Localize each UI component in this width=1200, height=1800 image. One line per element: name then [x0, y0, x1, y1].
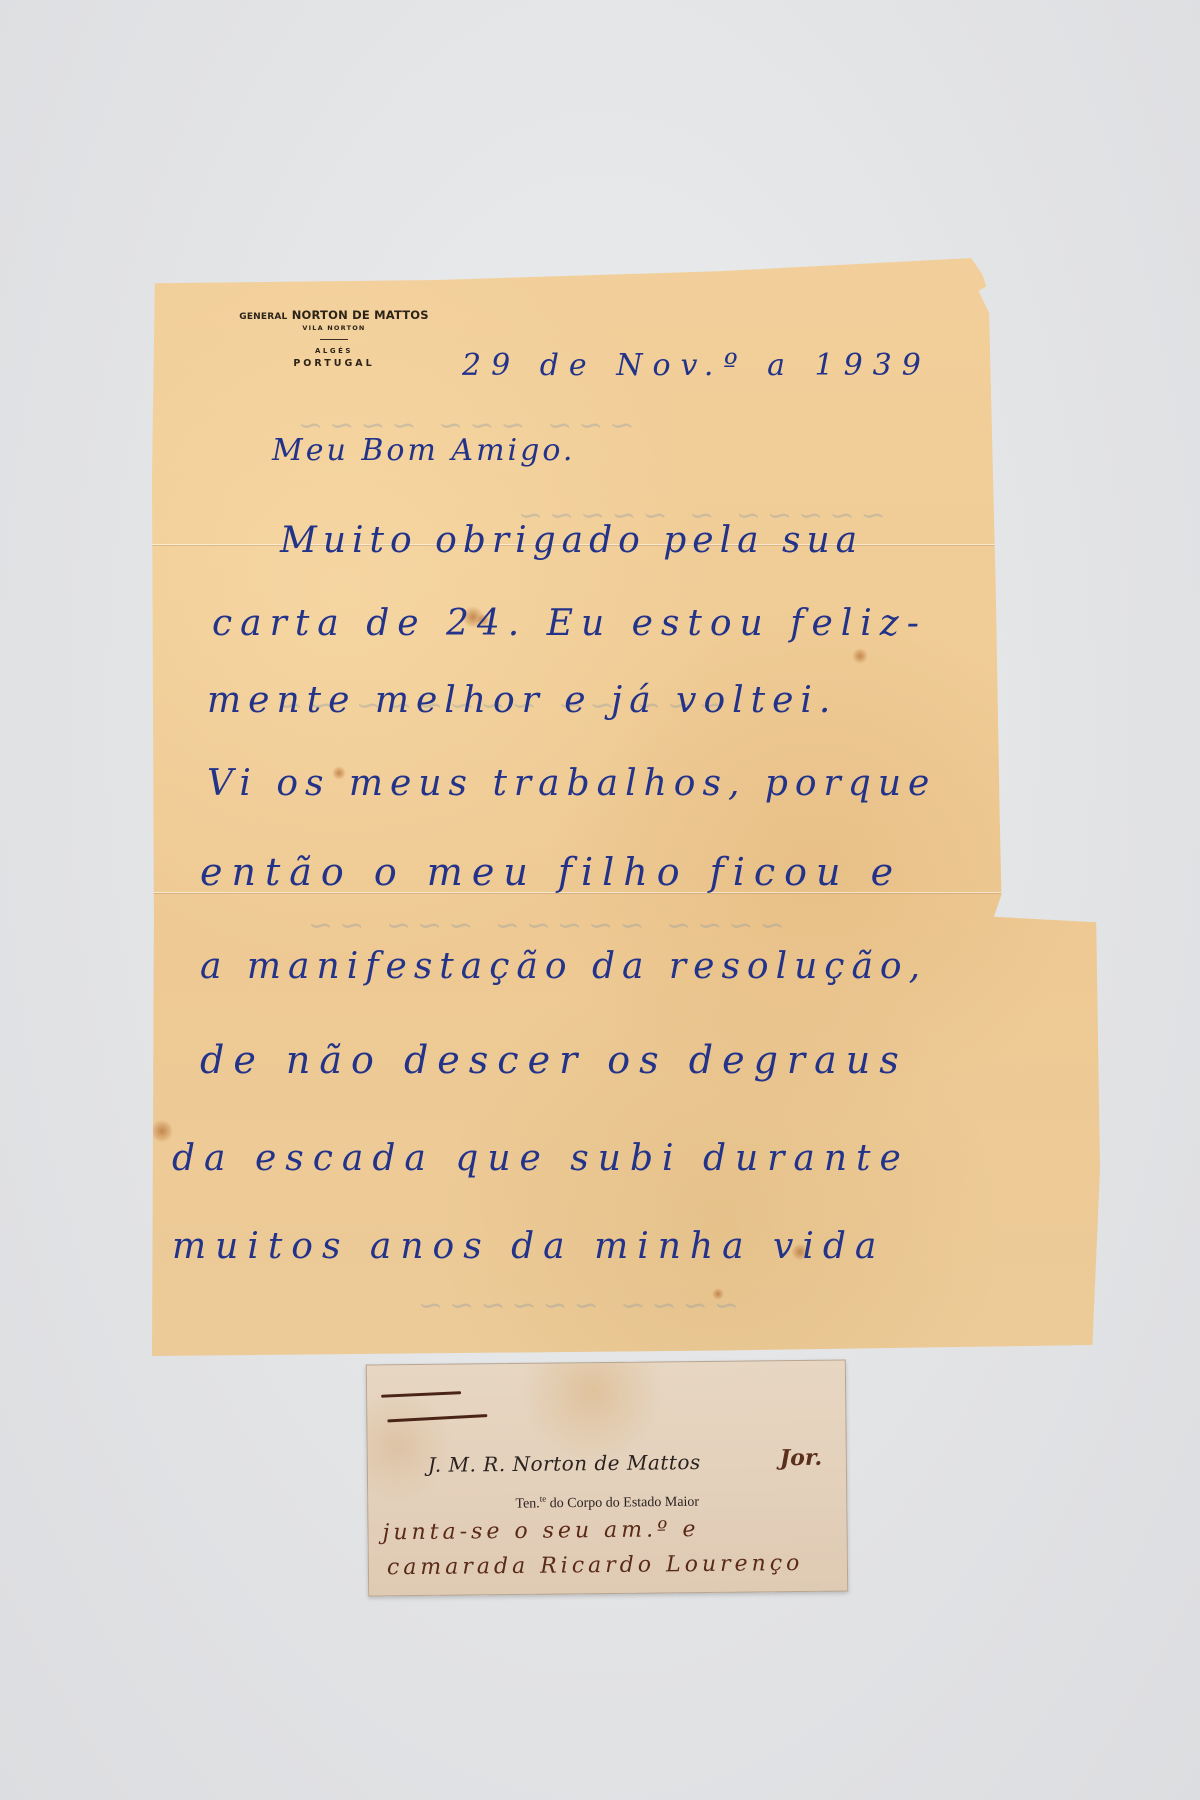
letter-line: da escada que subi durante	[172, 1138, 910, 1179]
letter-line: a manifestação da resolução,	[200, 946, 927, 987]
foxing-stain	[152, 1118, 172, 1144]
calling-card: J. M. R. Norton de Mattos Jor. Ten.te do…	[366, 1359, 848, 1596]
letterhead-surname: NORTON DE MATTOS	[292, 308, 429, 322]
card-printed-name: J. M. R. Norton de Mattos	[428, 1450, 701, 1477]
ink-strike-mark	[387, 1414, 487, 1422]
letter-line: carta de 24. Eu estou feliz-	[212, 603, 927, 644]
card-title: Ten.te do Corpo do Estado Maior	[368, 1490, 846, 1514]
card-name-suffix: Jor.	[780, 1445, 823, 1471]
card-handwritten-line: junta-se o seu am.º e	[382, 1517, 699, 1545]
foxing-stain	[852, 648, 868, 664]
photo-stage: ~~~ ~~~ ~~~~ ~~~~~ ~ ~~~~~ ~~~ ~~ ~~~~~~…	[0, 0, 1200, 1800]
letter-line: de não descer os degraus	[200, 1038, 908, 1082]
card-title-rank: Ten.	[515, 1496, 539, 1511]
ink-bleed-through: ~~~~ ~~~~~~	[412, 1288, 739, 1323]
letterhead-country: PORTUGAL	[234, 358, 434, 369]
letter-line: então o meu filho ficou e	[200, 850, 902, 894]
handwritten-letter: ~~~ ~~~ ~~~~ ~~~~~ ~ ~~~~~ ~~~ ~~ ~~~~~~…	[152, 258, 1100, 1356]
letter-date: 29 de Nov.º a 1939	[462, 348, 931, 383]
letter-line: mente melhor e já voltei.	[207, 680, 837, 721]
letterhead-name: GENERAL NORTON DE MATTOS	[234, 308, 434, 322]
letterhead-town: ALGÉS	[234, 347, 434, 355]
letterhead-villa: VILA NORTON	[234, 324, 434, 332]
ink-bleed-through: ~~~~ ~~~~~ ~~~ ~~	[302, 908, 785, 943]
card-title-unit: do Corpo do Estado Maior	[546, 1495, 699, 1512]
letter-line: Muito obrigado pela sua	[280, 520, 863, 561]
ink-strike-mark	[381, 1391, 461, 1398]
letterhead: GENERAL NORTON DE MATTOS VILA NORTON ALG…	[234, 308, 434, 369]
card-handwritten-line: camarada Ricardo Lourenço	[387, 1551, 804, 1580]
letter-line: muitos anos da minha vida	[172, 1226, 885, 1267]
letterhead-rank: GENERAL	[239, 312, 287, 322]
letterhead-divider	[320, 339, 348, 340]
letter-salutation: Meu Bom Amigo.	[272, 433, 575, 468]
letter-line: Vi os meus trabalhos, porque	[207, 763, 936, 804]
